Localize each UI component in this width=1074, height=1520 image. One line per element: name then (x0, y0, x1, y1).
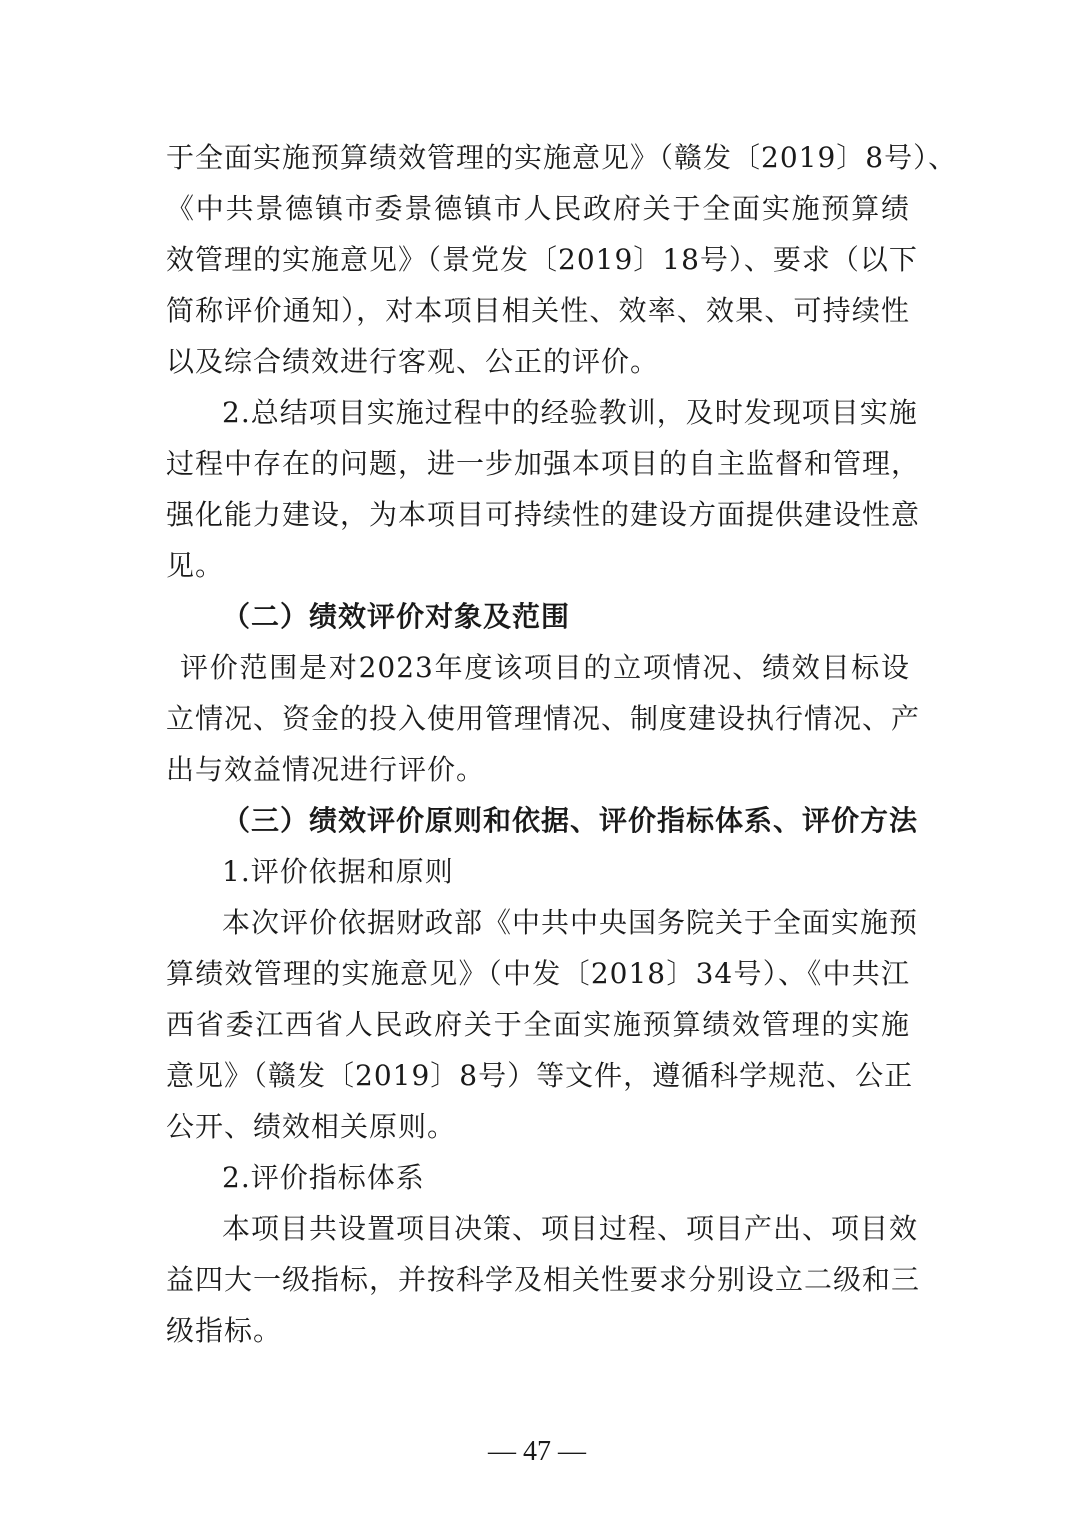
paragraph-line: 于全面实施预算绩效管理的实施意见》（赣发〔2019〕8号）、 (166, 138, 910, 178)
section-heading: （三）绩效评价原则和依据、评价指标体系、评价方法 (222, 801, 918, 841)
paragraph-line: 本次评价依据财政部《中共中央国务院关于全面实施预 (222, 903, 910, 943)
paragraph-line: 公开、绩效相关原则。 (166, 1107, 910, 1147)
paragraph-line: 西省委江西省人民政府关于全面实施预算绩效管理的实施 (166, 1005, 910, 1045)
paragraph-line: 出与效益情况进行评价。 (166, 750, 910, 790)
paragraph-line: 效管理的实施意见》（景党发〔2019〕18号）、要求（以下 (166, 240, 910, 280)
section-heading: （二）绩效评价对象及范围 (222, 597, 570, 637)
paragraph-line: 强化能力建设，为本项目可持续性的建设方面提供建设性意 (166, 495, 910, 535)
paragraph-line: 简称评价通知），对本项目相关性、效率、效果、可持续性 (166, 291, 910, 331)
paragraph-line: 评价范围是对2023年度该项目的立项情况、绩效目标设 (180, 648, 910, 688)
paragraph-line: 益四大一级指标，并按科学及相关性要求分别设立二级和三 (166, 1260, 910, 1300)
paragraph-line: 过程中存在的问题，进一步加强本项目的自主监督和管理， (166, 444, 910, 484)
subsection-heading: 2.评价指标体系 (222, 1158, 425, 1198)
paragraph-line: 算绩效管理的实施意见》（中发〔2018〕34号）、《中共江 (166, 954, 910, 994)
subsection-heading: 1.评价依据和原则 (222, 852, 454, 892)
paragraph-line: 本项目共设置项目决策、项目过程、项目产出、项目效 (222, 1209, 910, 1249)
page-number: — 47 — (0, 1436, 1074, 1468)
paragraph-line: 立情况、资金的投入使用管理情况、制度建设执行情况、产 (166, 699, 910, 739)
paragraph-line: 级指标。 (166, 1311, 910, 1351)
paragraph-line: 见。 (166, 546, 910, 586)
paragraph-line: 《中共景德镇市委景德镇市人民政府关于全面实施预算绩 (166, 189, 910, 229)
document-page: 于全面实施预算绩效管理的实施意见》（赣发〔2019〕8号）、 《中共景德镇市委景… (0, 0, 1074, 1520)
paragraph-line: 意见》（赣发〔2019〕8号）等文件，遵循科学规范、公正 (166, 1056, 910, 1096)
paragraph-line: 2.总结项目实施过程中的经验教训，及时发现项目实施 (222, 393, 910, 433)
paragraph-line: 以及综合绩效进行客观、公正的评价。 (166, 342, 910, 382)
